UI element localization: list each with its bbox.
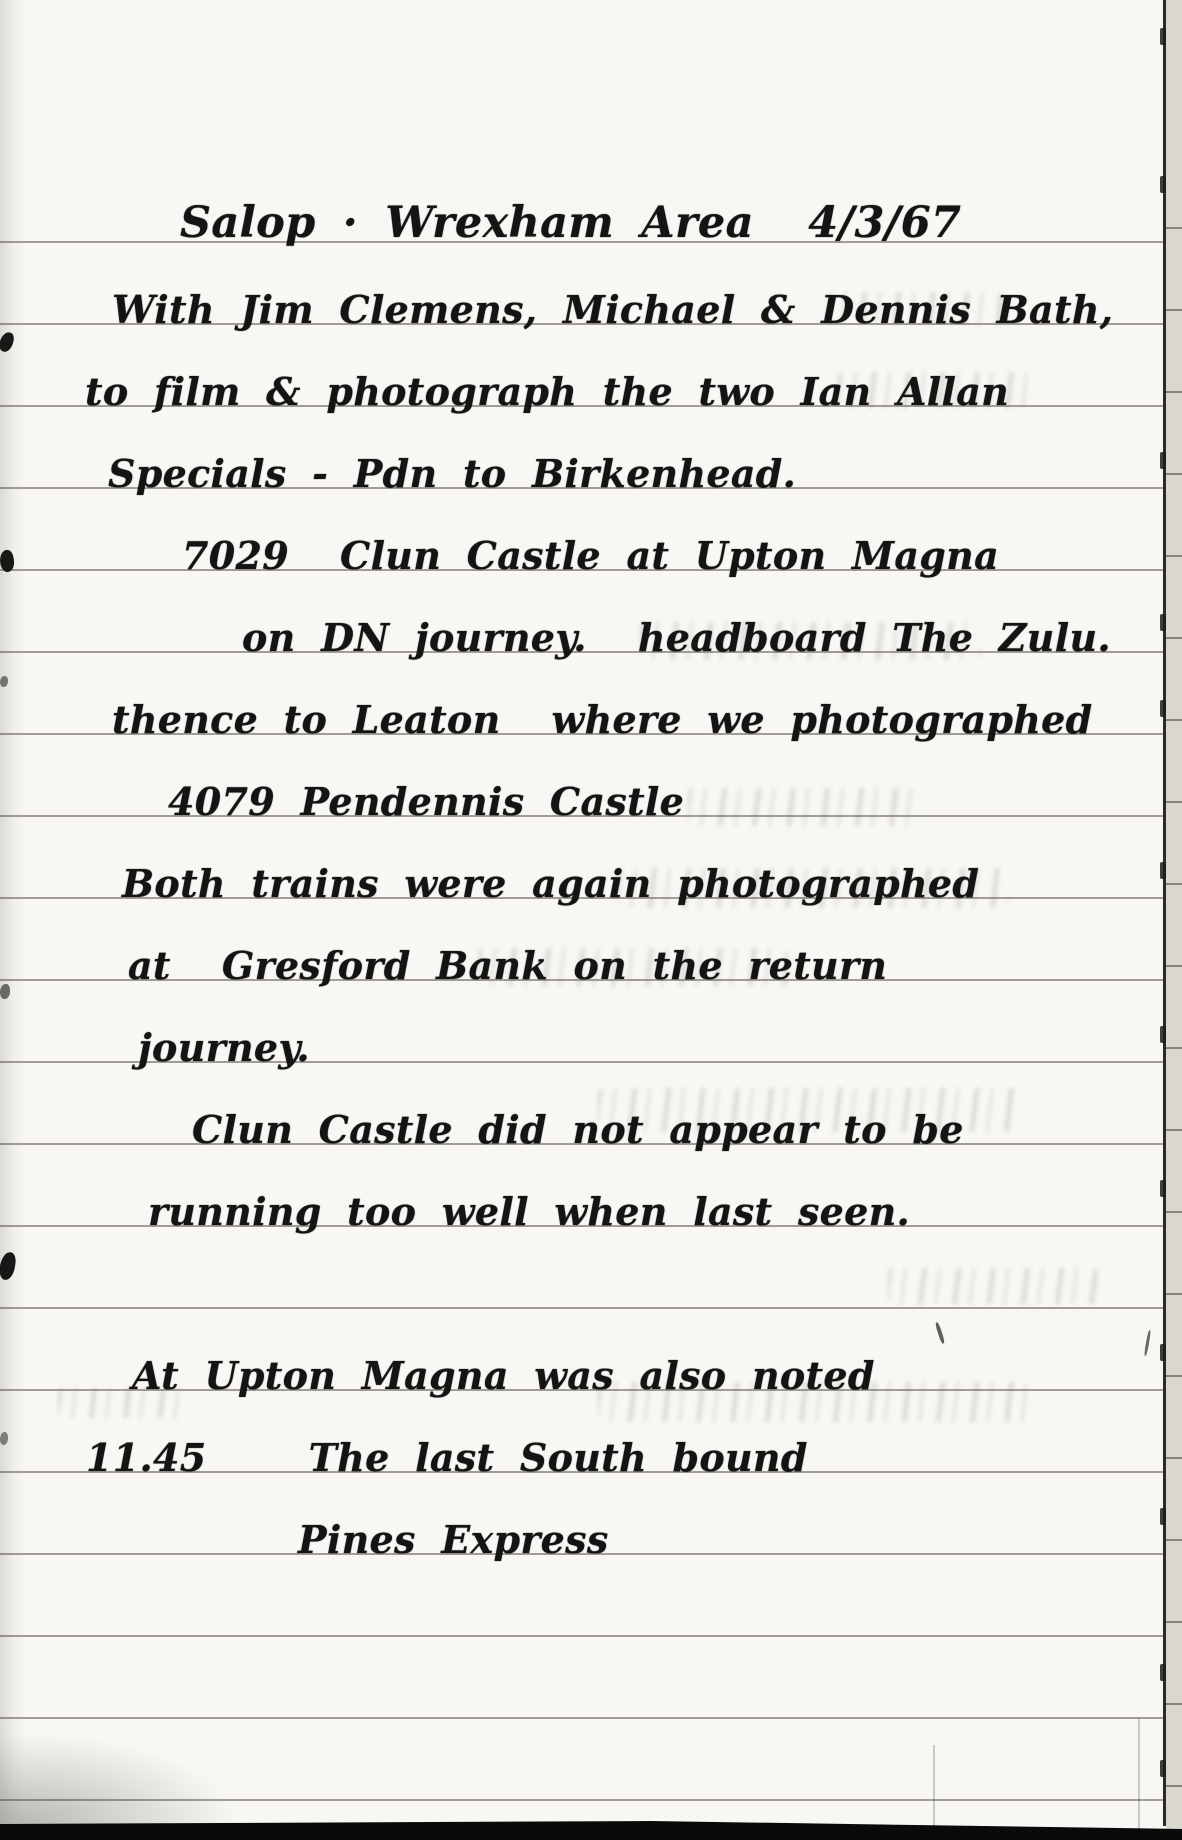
- handwritten-line: thence to Leaton where we photographed: [112, 701, 1093, 739]
- ghost-show-through: [888, 1268, 1098, 1304]
- handwritten-line: 7029 Clun Castle at Upton Magna: [182, 537, 999, 575]
- paper-crease: [1138, 1718, 1140, 1840]
- handwritten-line: Specials - Pdn to Birkenhead.: [108, 455, 796, 493]
- page-edge-tick: [1160, 1180, 1166, 1197]
- page-edge-tick: [1160, 1026, 1166, 1043]
- ink-smudge: [0, 1432, 8, 1445]
- page-edge-tick: [1160, 1508, 1166, 1525]
- ink-smudge: [0, 676, 8, 687]
- handwritten-line: to film & photograph the two Ian Allan: [85, 373, 1009, 411]
- handwritten-line: At Upton Magna was also noted: [132, 1357, 875, 1395]
- handwritten-line: Pines Express: [298, 1521, 609, 1559]
- handwritten-heading: Salop · Wrexham Area 4/3/67: [180, 202, 961, 245]
- handwritten-line: running too well when last seen.: [148, 1193, 910, 1231]
- page-edge-tick: [1160, 1344, 1166, 1361]
- page-edge-line: [1163, 0, 1166, 1826]
- page-edge-tick: [1160, 176, 1166, 193]
- handwritten-line: at Gresford Bank on the return: [128, 947, 887, 985]
- page-edge-tick: [1160, 452, 1166, 469]
- page-edge-tick: [1160, 1664, 1166, 1681]
- page-edge-tick: [1160, 28, 1166, 45]
- handwritten-line: journey.: [138, 1029, 310, 1067]
- ghost-show-through: [688, 788, 918, 826]
- handwritten-line: With Jim Clemens, Michael & Dennis Bath,: [112, 291, 1113, 329]
- page-corner-shadow: [0, 1732, 240, 1824]
- next-page-ruled-lines: [1166, 147, 1182, 1791]
- page-edge-tick: [1160, 862, 1166, 879]
- handwritten-line: 4079 Pendennis Castle: [168, 783, 684, 821]
- ink-smudge: [0, 984, 10, 999]
- page-edge-tick: [1160, 614, 1166, 631]
- ink-smudge: [0, 549, 16, 573]
- ink-smudge: [0, 331, 15, 354]
- ink-smudge: [0, 1251, 17, 1281]
- handwritten-line: 11.45 The last South bound: [86, 1439, 808, 1477]
- page-edge-tick: [1160, 700, 1166, 717]
- page-edge-tick: [1160, 1760, 1166, 1777]
- handwritten-line: Both trains were again photographed: [122, 865, 979, 903]
- handwritten-line: on DN journey. headboard The Zulu.: [242, 619, 1111, 657]
- handwritten-line: Clun Castle did not appear to be: [192, 1111, 964, 1149]
- notebook-page: Salop · Wrexham Area 4/3/67 With Jim Cle…: [0, 0, 1182, 1840]
